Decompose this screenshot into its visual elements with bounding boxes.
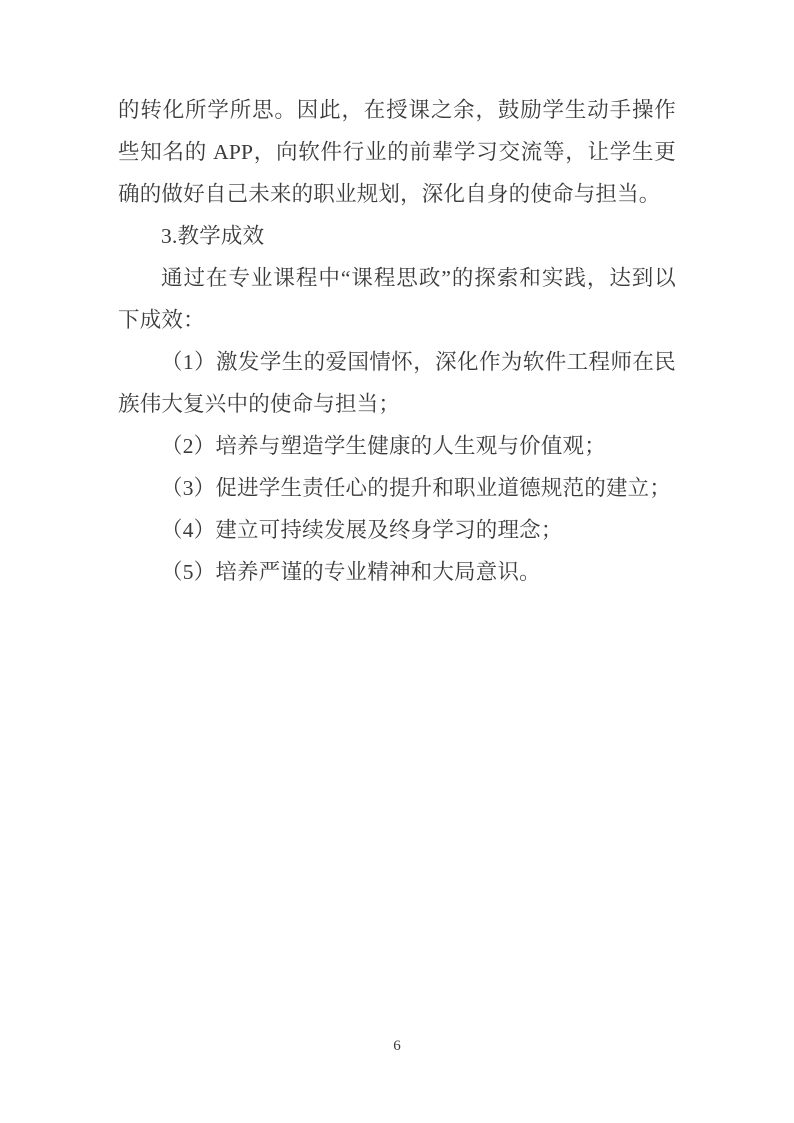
text-line: （2）培养与塑造学生健康的人生观与价值观； — [118, 425, 676, 467]
text-line: 的转化所学所思。因此，在授课之余，鼓励学生动手操作一 — [118, 89, 676, 131]
text-line: （3）促进学生责任心的提升和职业道德规范的建立； — [118, 467, 676, 509]
list-item-1: （1）激发学生的爱国情怀，深化作为软件工程师在民族伟大复兴中的使命与担当； — [118, 341, 676, 425]
text-line: 族伟大复兴中的使命与担当； — [118, 383, 676, 425]
paragraph-intro: 通过在专业课程中“课程思政”的探索和实践，达到以下成效： — [118, 257, 676, 341]
text-line: 通过在专业课程中“课程思政”的探索和实践，达到以 — [118, 257, 676, 299]
text-line: （1）激发学生的爱国情怀，深化作为软件工程师在民 — [118, 341, 676, 383]
list-item-5: （5）培养严谨的专业精神和大局意识。 — [118, 551, 676, 593]
text-line: 3.教学成效 — [118, 215, 676, 257]
text-line: 确的做好自己未来的职业规划，深化自身的使命与担当。 — [118, 173, 676, 215]
paragraph-continuation: 的转化所学所思。因此，在授课之余，鼓励学生动手操作一些知名的 APP，向软件行业… — [118, 89, 676, 215]
text-line: （4）建立可持续发展及终身学习的理念； — [118, 509, 676, 551]
text-line: 下成效： — [118, 299, 676, 341]
list-item-4: （4）建立可持续发展及终身学习的理念； — [118, 509, 676, 551]
document-page: 的转化所学所思。因此，在授课之余，鼓励学生动手操作一些知名的 APP，向软件行业… — [0, 0, 794, 1123]
heading-teaching-effect: 3.教学成效 — [118, 215, 676, 257]
page-number: 6 — [0, 1036, 794, 1056]
text-line: （5）培养严谨的专业精神和大局意识。 — [118, 551, 676, 593]
text-line: 些知名的 APP，向软件行业的前辈学习交流等，让学生更明 — [118, 131, 676, 173]
list-item-3: （3）促进学生责任心的提升和职业道德规范的建立； — [118, 467, 676, 509]
text-content: 的转化所学所思。因此，在授课之余，鼓励学生动手操作一些知名的 APP，向软件行业… — [118, 89, 676, 593]
list-item-2: （2）培养与塑造学生健康的人生观与价值观； — [118, 425, 676, 467]
